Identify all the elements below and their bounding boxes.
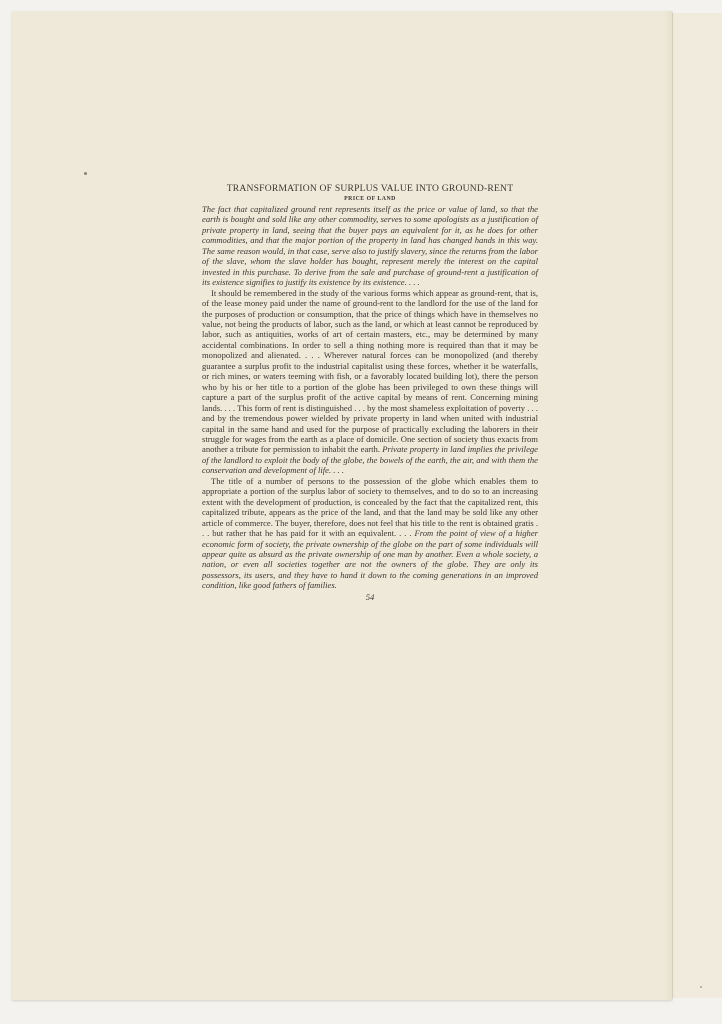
paragraph-2-text: It should be remembered in the study of … [202, 288, 538, 455]
page-number: 54 [202, 592, 538, 602]
paper-speck [84, 172, 87, 175]
scan-background: TRANSFORMATION OF SURPLUS VALUE INTO GRO… [0, 0, 722, 1024]
page-fold-shadow [664, 11, 673, 1000]
paragraph-1: The fact that capitalized ground rent re… [202, 204, 538, 288]
paper-speck [700, 986, 702, 988]
next-page-edge [672, 13, 722, 998]
section-subtitle: PRICE OF LAND [202, 195, 538, 203]
text-block: TRANSFORMATION OF SURPLUS VALUE INTO GRO… [202, 183, 538, 602]
paragraph-3: The title of a number of persons to the … [202, 476, 538, 591]
paragraph-1-italic-text: The fact that capitalized ground rent re… [202, 204, 538, 287]
paragraph-2: It should be remembered in the study of … [202, 288, 538, 476]
chapter-title: TRANSFORMATION OF SURPLUS VALUE INTO GRO… [202, 183, 538, 195]
